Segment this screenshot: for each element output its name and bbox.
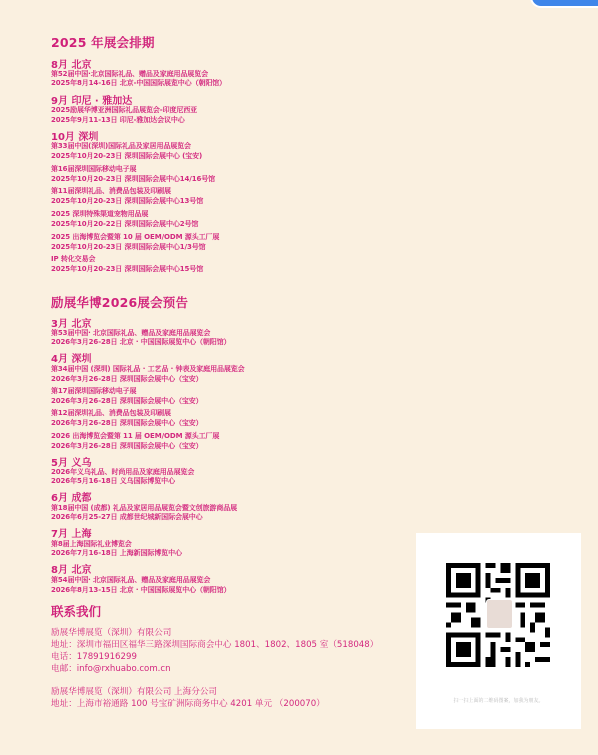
qr-caption: 扫一扫上面的二维码图案，加我为朋友。 — [416, 697, 581, 704]
exhibition-detail: 2026年5月16-18日 义乌国际博览中心 — [51, 476, 175, 486]
contact-title: 联系我们 — [51, 602, 101, 620]
exhibition-name: 第11届深圳礼品、消费品包装及印刷展 — [51, 186, 171, 196]
exhibition-detail: 2026年3月26-28日 北京 · 中国国际展览中心（朝阳馆） — [51, 337, 231, 347]
exhibition-detail: 2026年3月26-28日 深圳国际会展中心（宝安） — [51, 374, 203, 384]
preview-2026-title: 励展华博2026展会预告 — [51, 293, 188, 311]
exhibition-name: 2025 出海博览会暨第 10 届 OEM/ODM 源头工厂展 — [51, 232, 219, 242]
exhibition-detail: 2026年3月26-28日 深圳国际会展中心（宝安） — [51, 418, 203, 428]
exhibition-detail: 2025年10月20-23日 深圳国际会展中心1/3号馆 — [51, 242, 206, 252]
company-name: 励展华博展览（深圳）有限公司 — [51, 626, 171, 638]
exhibition-name: 第12届深圳礼品、消费品包装及印刷展 — [51, 408, 171, 418]
exhibition-detail: 2026年3月26-28日 深圳国际会展中心（宝安） — [51, 396, 203, 406]
exhibition-detail: 2026年8月13-15日 北京 · 中国国际展览中心（朝阳馆） — [51, 585, 231, 595]
exhibition-detail: 2025年9月11-13日 印尼-雅加达会议中心 — [51, 115, 185, 125]
exhibition-detail: 2026年3月26-28日 深圳国际会展中心（宝安） — [51, 441, 203, 451]
exhibition-name: 第34届中国 (深圳) 国际礼品 · 工艺品 · 钟表及家庭用品展览会 — [51, 364, 245, 374]
exhibition-detail: 2025年10月20-23日 深圳国际会展中心15号馆 — [51, 264, 203, 274]
company-address: 地址：深圳市福田区福华三路深圳国际商会中心 1801、1802、1805 室（5… — [51, 638, 378, 650]
exhibition-detail: 2025年10月20-23日 深圳国际会展中心 (宝安) — [51, 151, 202, 161]
exhibition-name: 第16届深圳国际移动电子展 — [51, 164, 136, 174]
month-heading: 7月 上海 — [51, 525, 91, 540]
month-heading: 6月 成都 — [51, 489, 91, 504]
branch-name: 励展华博展览（深圳）有限公司 上海分公司 — [51, 685, 217, 697]
floating-action-button[interactable] — [530, 0, 598, 8]
branch-address: 地址：上海市裕通路 100 号宝矿洲际商务中心 4201 单元 （200070） — [51, 697, 325, 709]
exhibition-name: 第33届中国(深圳)国际礼品及家居用品展览会 — [51, 141, 191, 151]
exhibition-detail: 2025年10月20-23日 深圳国际会展中心14/16号馆 — [51, 174, 215, 184]
schedule-2025-title: 2025 年展会排期 — [51, 33, 155, 51]
exhibition-name: 2025 深圳特殊渠道宠物用品展 — [51, 209, 148, 219]
exhibition-detail: 2025年10月20-23日 深圳国际会展中心13号馆 — [51, 196, 203, 206]
wechat-qr-card: 扫一扫上面的二维码图案，加我为朋友。 — [416, 533, 581, 729]
exhibition-detail: 2026年7月16-18日 上海新国际博览中心 — [51, 548, 182, 558]
exhibition-detail: 2026年6月25-27日 成都世纪城新国际会展中心 — [51, 512, 203, 522]
exhibition-detail: 2025年8月14-16日 北京-中国国际展览中心（朝阳馆） — [51, 78, 226, 88]
exhibition-detail: 2025年10月20-22日 深圳国际会展中心2号馆 — [51, 219, 198, 229]
exhibition-name: IP 转化交易会 — [51, 254, 95, 264]
company-email[interactable]: 电邮：info@rxhuabo.com.cn — [51, 662, 171, 674]
avatar — [486, 599, 513, 629]
exhibition-name: 第54届中国· 北京国际礼品、赠品及家庭用品展览会 — [51, 575, 210, 585]
exhibition-name: 2025励展华博亚洲国际礼品展览会-印度尼西亚 — [51, 105, 197, 115]
company-phone[interactable]: 电话：17891916299 — [51, 650, 137, 662]
exhibition-name: 2026 出海博览会暨第 11 届 OEM/ODM 源头工厂展 — [51, 431, 219, 441]
month-heading: 4月 深圳 — [51, 350, 91, 365]
exhibition-name: 第17届深圳国际移动电子展 — [51, 386, 136, 396]
month-heading: 8月 北京 — [51, 561, 91, 576]
